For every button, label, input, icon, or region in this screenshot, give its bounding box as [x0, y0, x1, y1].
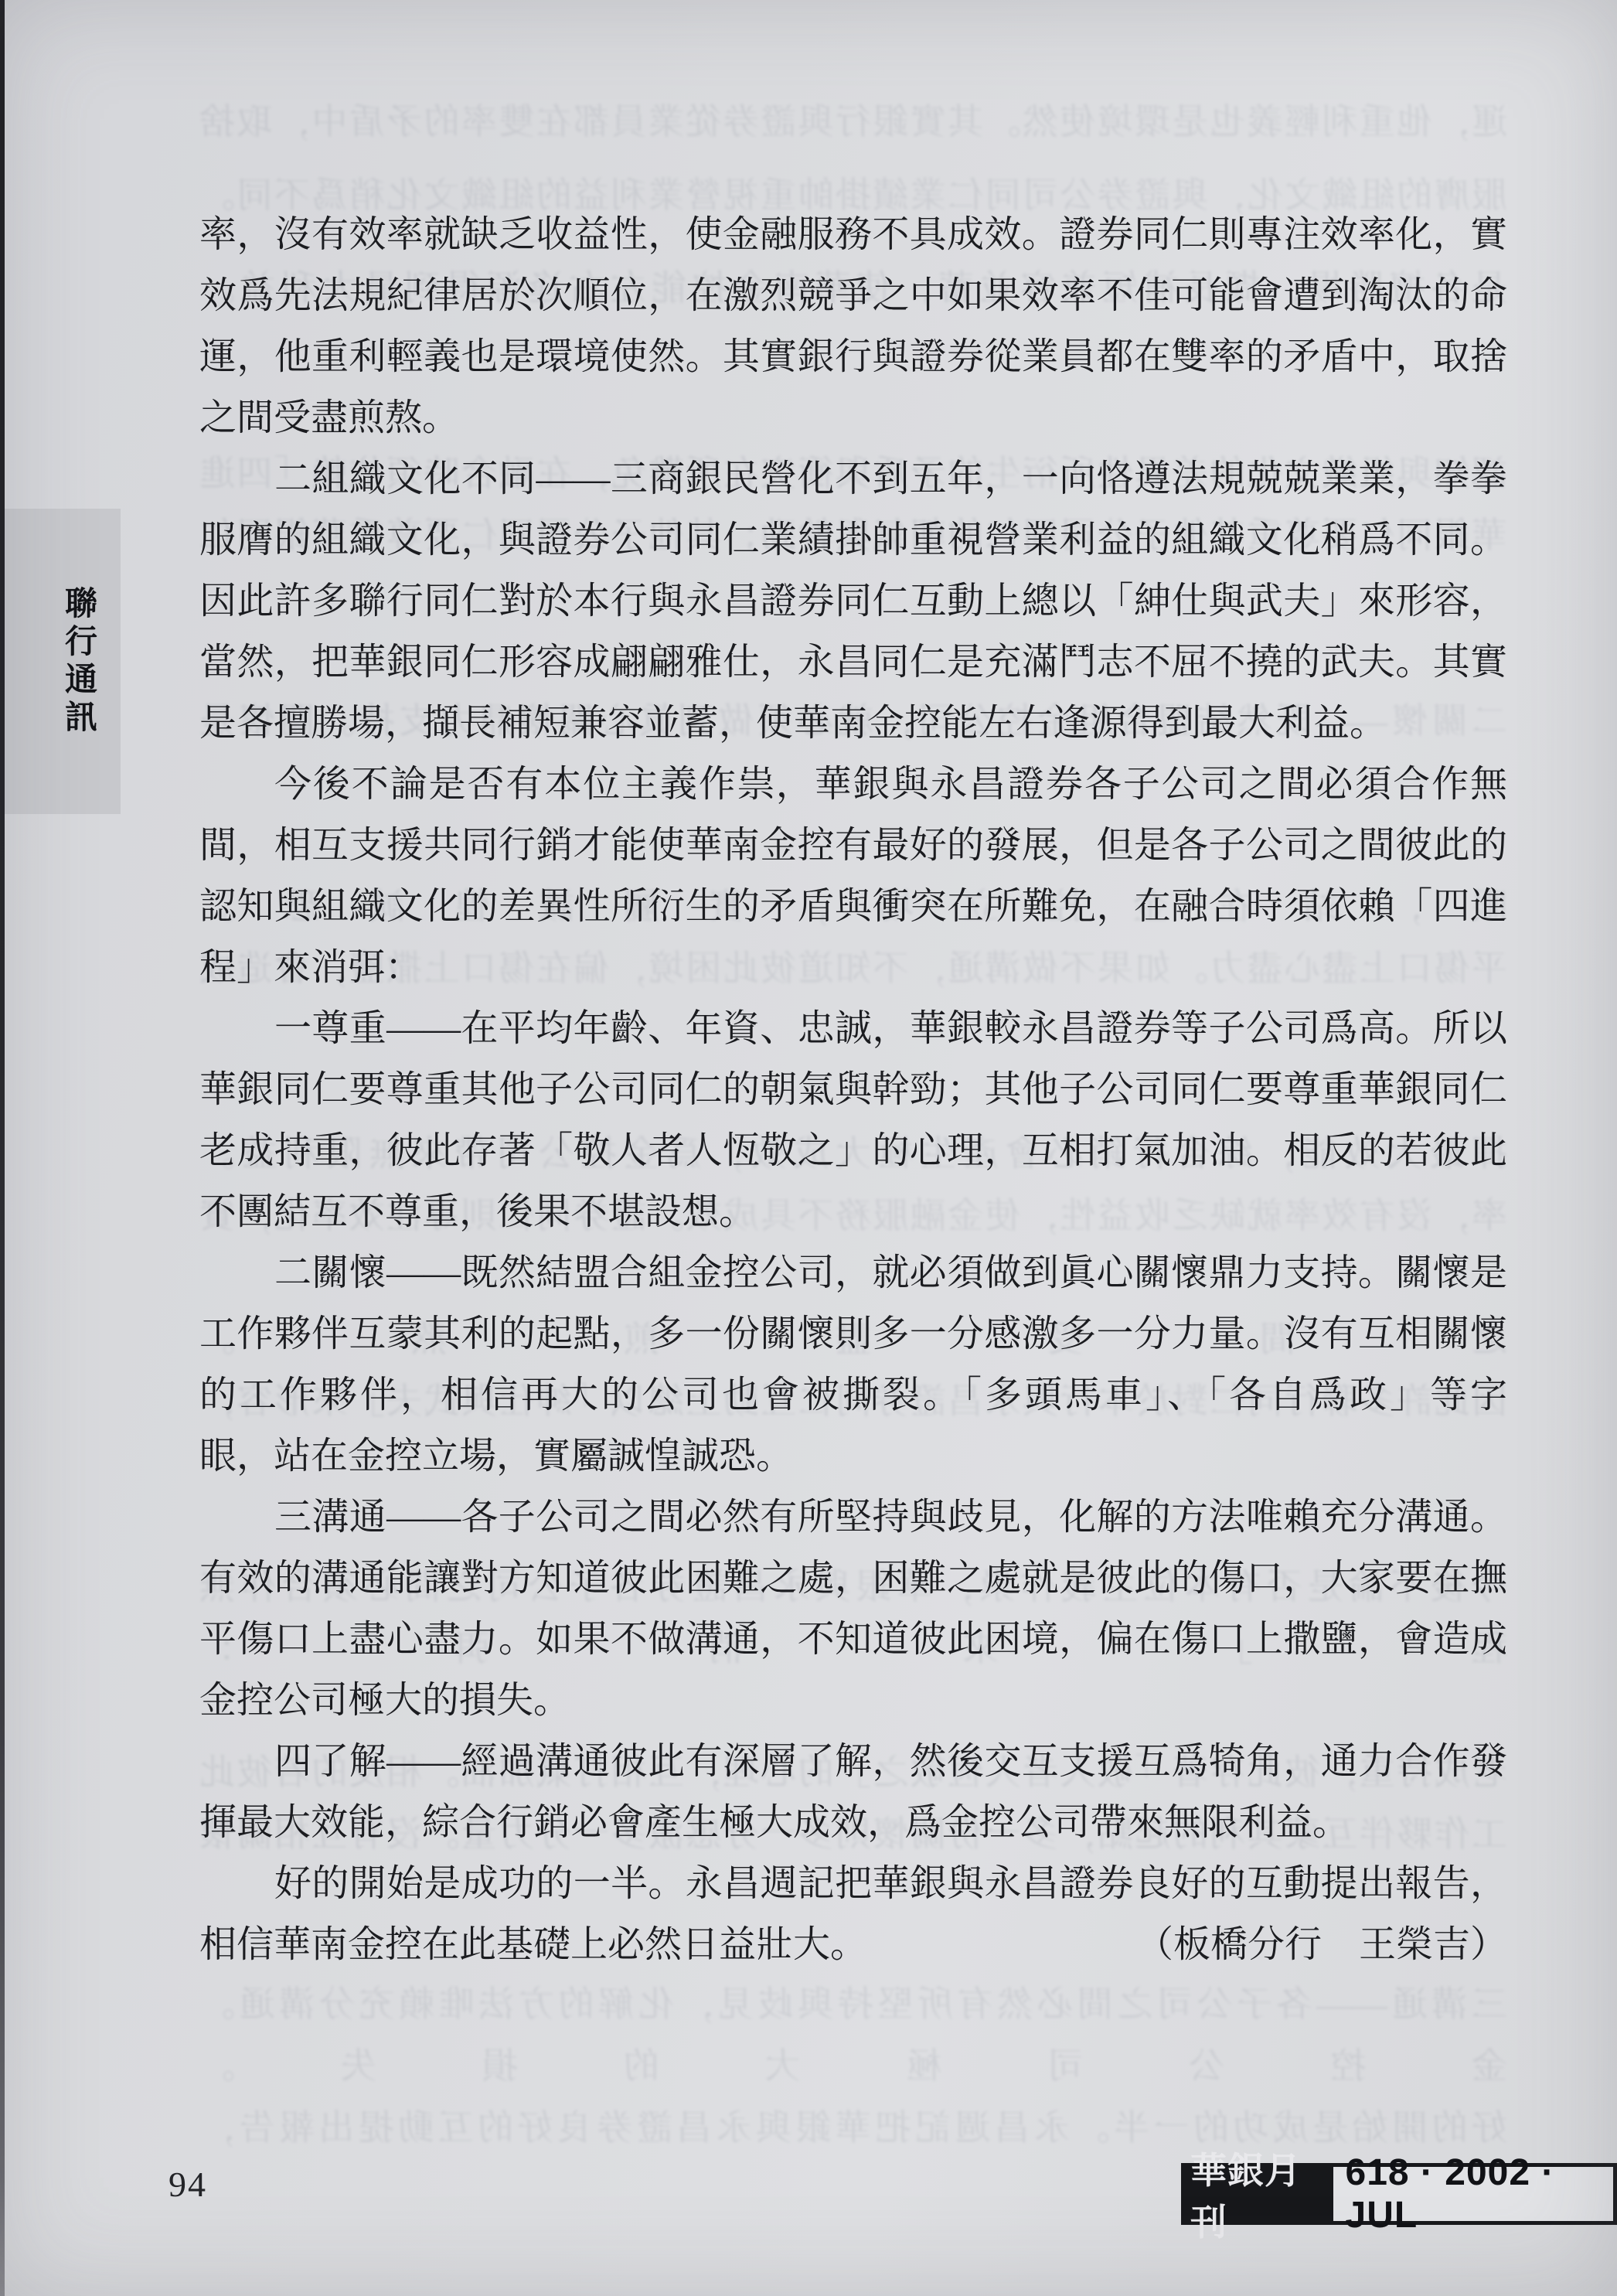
body-line: 華銀同仁要尊重其他子公司同仁的朝氣與幹勁；其他子公司同仁要尊重華銀同仁 [199, 1059, 1507, 1120]
body-line: 是各擅勝場，擷長補短兼容並蓄，使華南金控能左右逢源得到最大利益。 [199, 693, 1507, 754]
body-line: 老成持重，彼此存著「敬人者人恆敬之」的心理，互相打氣加油。相反的若彼此 [199, 1120, 1507, 1181]
body-line-text: 相信華南金控在此基礎上必然日益壯大。 [199, 1914, 867, 1975]
body-line: 四了解——經過溝通彼此有深層了解，然後交互支援互爲犄角，通力合作發 [199, 1731, 1507, 1792]
body-line: 平傷口上盡心盡力。如果不做溝通，不知道彼此困境，偏在傷口上撒鹽，會造成 [199, 1609, 1507, 1670]
body-line: 二組織文化不同——三商銀民營化不到五年，一向恪遵法規兢兢業業，拳拳 [199, 448, 1507, 509]
journal-badge-title: 華銀月刊 [1181, 2163, 1329, 2225]
author-attribution: （板橋分行 王榮吉） [1136, 1914, 1507, 1975]
body-line: 相信華南金控在此基礎上必然日益壯大。（板橋分行 王榮吉） [199, 1914, 1507, 1975]
body-line: 之間受盡煎熬。 [199, 387, 1507, 448]
journal-badge-issue: 618 · 2002 · JUL [1329, 2163, 1617, 2225]
body-line: 三溝通——各子公司之間必然有所堅持與歧見，化解的方法唯賴充分溝通。 [199, 1487, 1507, 1548]
body-line: 一尊重——在平均年齡、年資、忠誠，華銀較永昌證券等子公司爲高。所以 [199, 998, 1507, 1059]
body-line: 程」來消弭： [199, 937, 1507, 998]
body-line: 率，沒有效率就缺乏收益性，使金融服務不具成效。證券同仁則專注效率化，實 [199, 204, 1507, 265]
body-line: 揮最大效能，綜合行銷必會產生極大成效，爲金控公司帶來無限利益。 [199, 1792, 1507, 1853]
body-line: 工作夥伴互蒙其利的起點，多一份關懷則多一分感激多一分力量。沒有互相關懷 [199, 1303, 1507, 1364]
bleedthrough-line: 三溝通——各子公司之間必然有所堅持與歧見，化解的方法唯賴充分溝通。 [199, 1981, 1507, 2028]
body-line: 的工作夥伴，相信再大的公司也會被撕裂。「多頭馬車」、「各自爲政」等字 [199, 1364, 1507, 1426]
section-tab-char: 行 [64, 624, 98, 662]
body-line: 認知與組織文化的差異性所衍生的矛盾與衝突在所難免，在融合時須依賴「四進 [199, 876, 1507, 937]
section-tab-char: 訊 [64, 700, 98, 738]
body-line: 今後不論是否有本位主義作祟，華銀與永昌證券各子公司之間必須合作無 [199, 754, 1507, 815]
section-tab [5, 509, 121, 814]
body-line: 運，他重利輕義也是環境使然。其實銀行與證券從業員都在雙率的矛盾中，取捨 [199, 326, 1507, 387]
journal-badge: 華銀月刊 618 · 2002 · JUL [1181, 2163, 1617, 2225]
body-line: 好的開始是成功的一半。永昌週記把華銀與永昌證券良好的互動提出報告， [199, 1853, 1507, 1914]
article-body: 率，沒有效率就缺乏收益性，使金融服務不具成效。證券同仁則專注效率化，實效爲先法規… [199, 204, 1507, 1975]
body-line: 不團結互不尊重，後果不堪設想。 [199, 1181, 1507, 1242]
section-tab-char: 通 [64, 662, 98, 700]
body-line: 因此許多聯行同仁對於本行與永昌證券同仁互動上總以「紳仕與武夫」來形容， [199, 571, 1507, 632]
body-line: 間，相互支援共同行銷才能使華南金控有最好的發展，但是各子公司之間彼此的 [199, 815, 1507, 876]
body-line: 有效的溝通能讓對方知道彼此困難之處，困難之處就是彼此的傷口，大家要在撫 [199, 1548, 1507, 1609]
body-line: 當然，把華銀同仁形容成翩翩雅仕，永昌同仁是充滿鬥志不屈不撓的武夫。其實 [199, 632, 1507, 693]
body-line: 效爲先法規紀律居於次順位，在激烈競爭之中如果效率不佳可能會遭到淘汰的命 [199, 265, 1507, 326]
scan-edge [0, 0, 5, 2296]
body-line: 服膺的組織文化，與證券公司同仁業績掛帥重視營業利益的組織文化稍爲不同。 [199, 509, 1507, 571]
scanned-journal-page: 運，他重利輕義也是環境使然。其實銀行與證券從業員都在雙率的矛盾中，取捨服膺的組織… [0, 0, 1617, 2296]
body-line: 眼，站在金控立場，實屬誠惶誠恐。 [199, 1426, 1507, 1487]
bleedthrough-line: 運，他重利輕義也是環境使然。其實銀行與證券從業員都在雙率的矛盾中，取捨 [199, 99, 1507, 145]
page-number: 94 [169, 2164, 207, 2205]
section-tab-char: 聯 [64, 586, 98, 624]
body-line: 二關懷——既然結盟合組金控公司，就必須做到眞心關懷鼎力支持。關懷是 [199, 1242, 1507, 1303]
bleedthrough-line: 金控公司極大的損失。 [199, 2043, 1507, 2090]
section-tab-label: 聯行通訊 [64, 586, 98, 738]
body-line: 金控公司極大的損失。 [199, 1670, 1507, 1731]
